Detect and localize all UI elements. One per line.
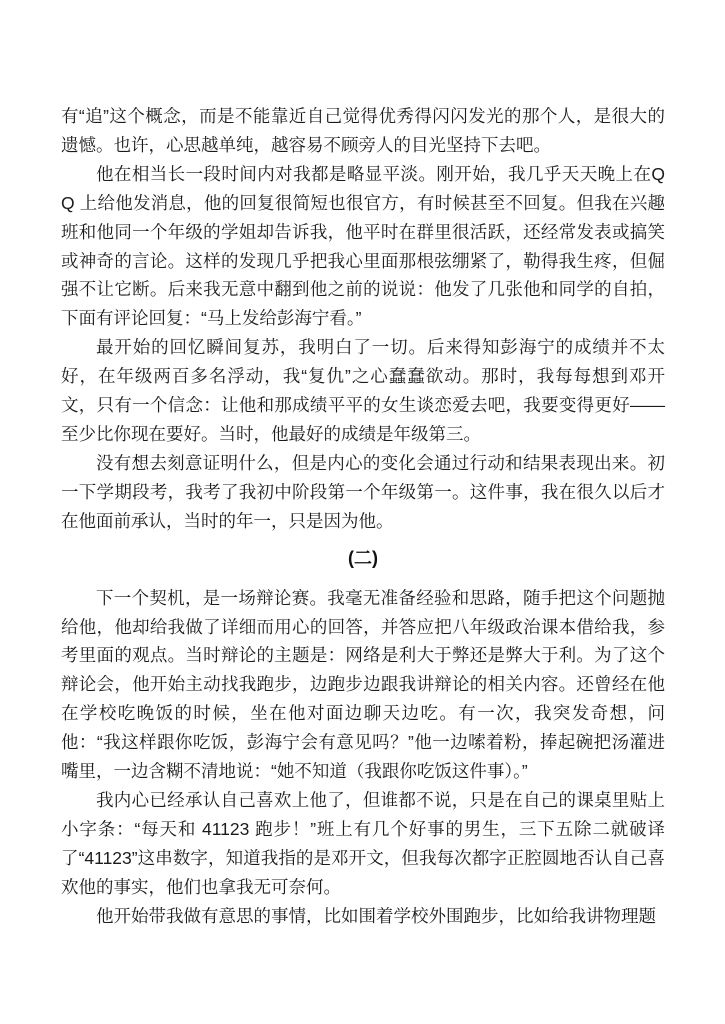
section-heading: (二) xyxy=(61,544,665,572)
paragraph: 下一个契机，是一场辩论赛。我毫无准备经验和思路，随手把这个问题抛给他，他却给我做… xyxy=(61,584,665,786)
paragraph: 我内心已经承认自己喜欢上他了，但谁都不说，只是在自己的课桌里贴上小字条：“每天和… xyxy=(61,786,665,902)
paragraph: 最开始的回忆瞬间复苏，我明白了一切。后来得知彭海宁的成绩并不太好，在年级两百多名… xyxy=(61,333,665,449)
paragraph: 他开始带我做有意思的事情，比如围着学校外围跑步，比如给我讲物理题 xyxy=(61,902,665,931)
document-page: 有“追”这个概念，而是不能靠近自己觉得优秀得闪闪发光的那个人，是很大的遗憾。也许… xyxy=(0,0,725,1024)
paragraph: 没有想去刻意证明什么，但是内心的变化会通过行动和结果表现出来。初一下学期段考，我… xyxy=(61,449,665,536)
paragraph: 他在相当长一段时间内对我都是略显平淡。刚开始，我几乎天天晚上在QQ 上给他发消息… xyxy=(61,160,665,333)
paragraph-continuation: 有“追”这个概念，而是不能靠近自己觉得优秀得闪闪发光的那个人，是很大的遗憾。也许… xyxy=(61,102,665,160)
